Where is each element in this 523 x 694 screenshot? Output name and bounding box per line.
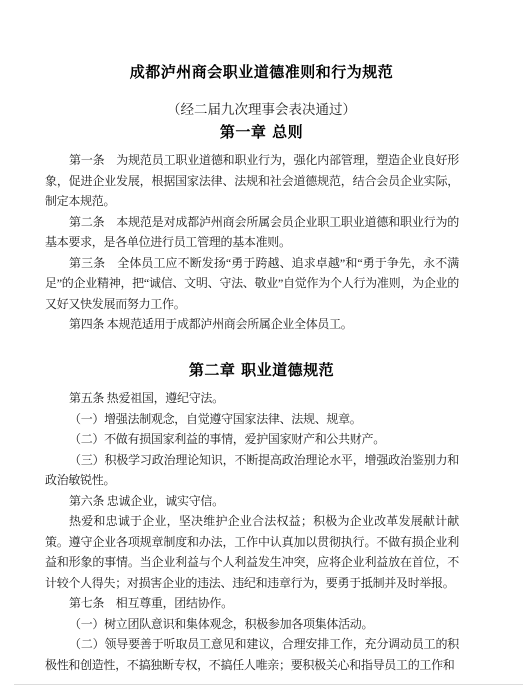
- document-page: { "page": { "background": "#ffffff", "te…: [0, 0, 523, 694]
- chapter-1-heading: 第一章 总则: [0, 121, 523, 142]
- page-bottom-divider: [14, 684, 523, 685]
- chapter-2-paragraph-9: （二）领导要善于听取员工意见和建议，合理安排工作，充分调动员工的积极性和创造性，…: [45, 634, 459, 675]
- chapter-1-body: 第一条 为规范员工职业道德和职业行为，强化内部管理，塑造企业良好形象，促进企业发…: [45, 150, 459, 335]
- chapter-2-paragraph-4: （三）积极学习政治理论知识，不断提高政治理论水平，增强政治鉴别力和政治敏锐性。: [45, 450, 459, 491]
- chapter-2-paragraph-2: （一）增强法制观念，自觉遵守国家法律、法规、规章。: [45, 409, 459, 430]
- chapter-1-paragraph-4: 第四条 本规范适用于成都泸州商会所属企业全体员工。: [45, 314, 459, 335]
- chapter-2-paragraph-8: （一）树立团队意识和集体观念，积极参加各项集体活动。: [45, 614, 459, 635]
- chapter-2-paragraph-6: 热爱和忠诚于企业，坚决维护企业合法权益；积极为企业改革发展献计献策。遵守企业各项…: [45, 511, 459, 593]
- chapter-2-body: 第五条 热爱祖国，遵纪守法。 （一）增强法制观念，自觉遵守国家法律、法规、规章。…: [45, 388, 459, 675]
- chapter-2-paragraph-3: （二）不做有损国家利益的事情，爱护国家财产和公共财产。: [45, 429, 459, 450]
- chapter-2-paragraph-5: 第六条 忠诚企业，诚实守信。: [45, 491, 459, 512]
- document-subtitle: （经二届九次理事会表决通过）: [0, 98, 523, 118]
- chapter-2-paragraph-7: 第七条 相互尊重，团结协作。: [45, 593, 459, 614]
- document-title: 成都泸州商会职业道德准则和行为规范: [0, 61, 523, 82]
- chapter-2-heading: 第二章 职业道德规范: [0, 359, 523, 380]
- chapter-1-paragraph-3: 第三条 全体员工应不断发扬“勇于跨越、追求卓越”和“勇于争先，永不满足”的企业精…: [45, 253, 459, 315]
- chapter-2-paragraph-1: 第五条 热爱祖国，遵纪守法。: [45, 388, 459, 409]
- chapter-1-paragraph-1: 第一条 为规范员工职业道德和职业行为，强化内部管理，塑造企业良好形象，促进企业发…: [45, 150, 459, 212]
- chapter-1-paragraph-2: 第二条 本规范是对成都泸州商会所属会员企业职工职业道德和职业行为的基本要求，是各…: [45, 212, 459, 253]
